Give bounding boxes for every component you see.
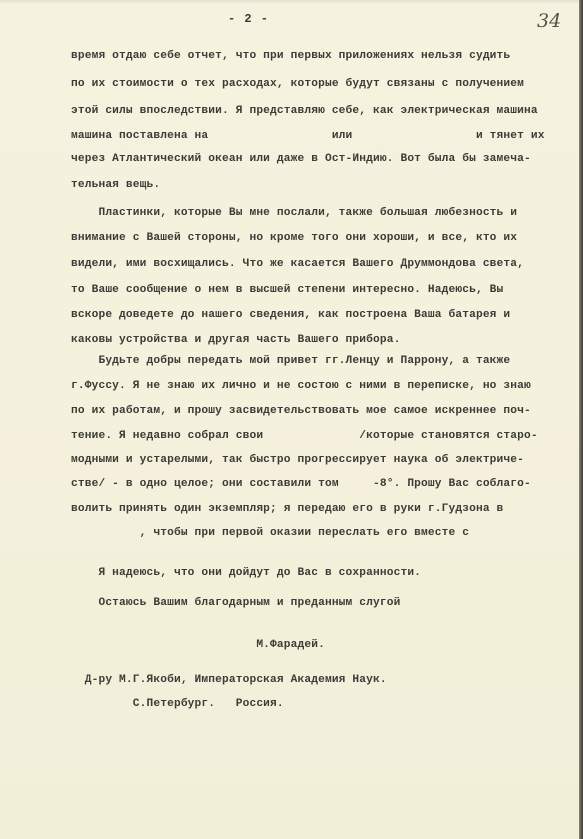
text-line: вскоре доведете до нашего сведения, как … <box>71 308 510 322</box>
text-line: , чтобы при первой оказии переслать его … <box>71 526 469 540</box>
text-line: каковы устройства и другая часть Вашего … <box>71 333 400 347</box>
text-line: стве/ - в одно целое; они составили том … <box>71 477 531 491</box>
closing-line: Остаюсь Вашим благодарным и преданным сл… <box>71 596 400 610</box>
recipient-address-line: Д-ру М.Г.Якоби, Императорская Академия Н… <box>71 673 387 687</box>
page-number: - 2 - <box>228 12 269 26</box>
signature: М.Фарадей. <box>71 638 325 652</box>
text-line: через Атлантический океан или даже в Ост… <box>71 152 531 166</box>
archive-folio-number: 34 <box>537 10 561 32</box>
text-line: модными и устарелыми, так быстро прогрес… <box>71 453 524 467</box>
text-line: тение. Я недавно собрал свои /которые ст… <box>71 429 538 443</box>
text-line: внимание с Вашей стороны, но кроме того … <box>71 231 517 245</box>
text-line: по их работам, и прошу засвидетельствова… <box>71 404 531 418</box>
text-line: видели, ими восхищались. Что же касается… <box>71 257 524 271</box>
text-line: то Ваше сообщение о нем в высшей степени… <box>71 283 503 297</box>
text-line: по их стоимости о тех расходах, которые … <box>71 77 524 91</box>
text-line: Будьте добры передать мой привет гг.Ленц… <box>71 354 510 368</box>
text-line: г.Фуссу. Я не знаю их лично и не состою … <box>71 379 531 393</box>
text-line: этой силы впоследствии. Я представляю се… <box>71 104 538 118</box>
paper-right-edge-shadow <box>579 0 583 839</box>
document-page: - 2 - 34 время отдаю себе отчет, что при… <box>0 0 583 839</box>
recipient-address-line: С.Петербург. Россия. <box>71 697 284 711</box>
text-line: машина поставлена на или и тянет их <box>71 129 545 143</box>
text-line: время отдаю себе отчет, что при первых п… <box>71 49 510 63</box>
text-line: Пластинки, которые Вы мне послали, также… <box>71 206 517 220</box>
text-line: Я надеюсь, что они дойдут до Вас в сохра… <box>71 566 421 580</box>
paper-top-edge <box>0 0 583 4</box>
text-line: волить принять один экземпляр; я передаю… <box>71 502 503 516</box>
text-line: тельная вещь. <box>71 178 160 192</box>
